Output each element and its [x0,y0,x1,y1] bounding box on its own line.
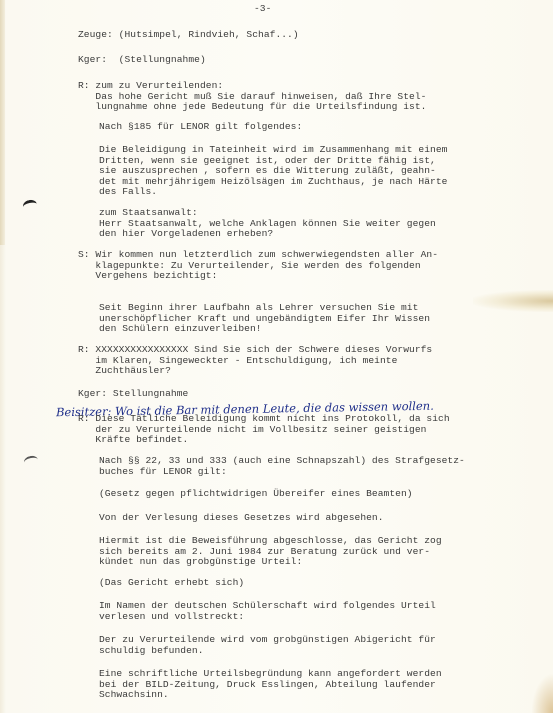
document-page: -3- Zeuge: (Hutsimpel, Rindvieh, Schaf..… [0,0,553,713]
paragraph-paragraphs: Nach §§ 22, 33 und 333 (auch eine Schnap… [99,456,465,477]
line-kger-1: Kger: (Stellungnahme) [78,55,206,66]
line-zeuge: Zeuge: (Hutsimpel, Rindvieh, Schaf...) [78,30,299,41]
paragraph-gericht-erhebt: (Das Gericht erhebt sich) [99,578,244,589]
paragraph-verlesung: Von der Verlesung dieses Gesetzes wird a… [99,513,384,524]
paragraph-r-3: R: Diese Tätliche Beleidigung kommt nich… [78,414,450,446]
paper-stain [473,290,553,312]
page-number: -3- [254,4,271,15]
paragraph-staatsanwalt: zum Staatsanwalt: Herr Staatsanwalt, wel… [99,208,436,240]
paragraph-185: Nach §185 für LENOR gilt folgendes: [99,122,302,133]
paragraph-s: S: Wir kommen nun letzterdlich zum schwe… [78,250,438,282]
paragraph-begruendung: Eine schriftliche Urteilsbegründung kann… [99,669,442,701]
paragraph-r-2: R: XXXXXXXXXXXXXXXX Sind Sie sich der Sc… [78,345,432,377]
paragraph-laufbahn: Seit Beginn ihrer Laufbahn als Lehrer ve… [99,303,430,335]
punch-hole-mark-icon [23,455,39,468]
paragraph-gesetz: (Gesetz gegen pflichtwidrigen Übereifer … [99,489,413,500]
paper-stain-corner [531,673,553,713]
paragraph-im-namen: Im Namen der deutschen Schülerschaft wir… [99,601,436,622]
punch-hole-mark-icon [22,199,38,213]
paragraph-r-1: R: zum zu Verurteilenden: Das hohe Geric… [78,81,426,113]
paper-edge-shadow [0,0,5,245]
line-kger-2: Kger: Stellungnahme [78,389,188,400]
paragraph-urteil: Der zu Verurteilende wird vom grobgünsti… [99,635,436,656]
paragraph-beweis: Hiermit ist die Beweisführung abgeschlos… [99,536,442,568]
paragraph-beleidigung: Die Beleidigung in Tateinheit wird im Zu… [99,145,447,198]
